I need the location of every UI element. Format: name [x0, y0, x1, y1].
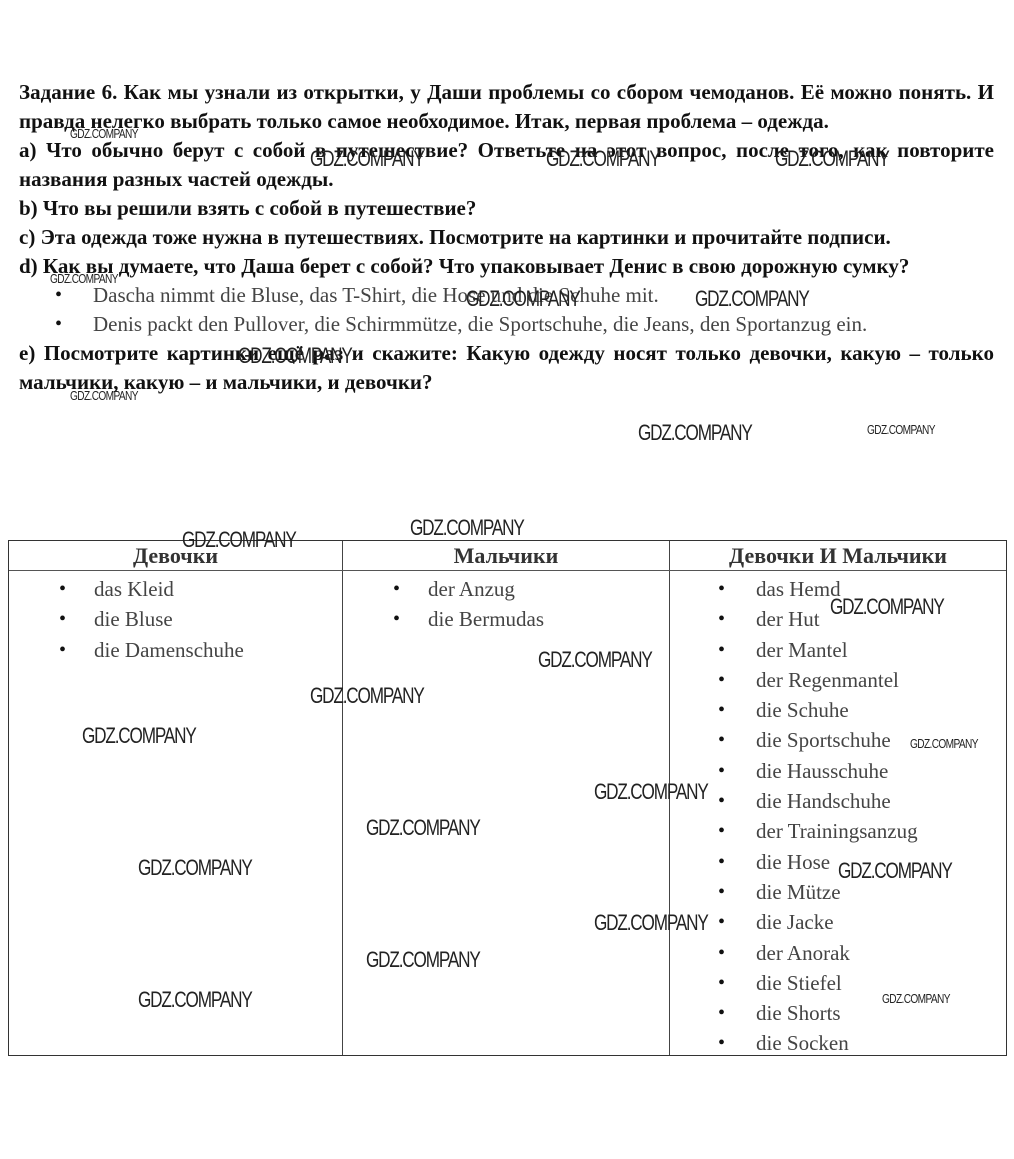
watermark-text: GDZ.COMPANY — [910, 736, 978, 751]
column-both: das Hemdder Hutder Mantelder Regenmantel… — [670, 571, 1006, 1055]
watermark-text: GDZ.COMPANY — [366, 815, 480, 841]
watermark-text: GDZ.COMPANY — [830, 594, 944, 620]
watermark-text: GDZ.COMPANY — [546, 146, 660, 172]
watermark-text: GDZ.COMPANY — [182, 527, 296, 553]
question-e: e) Посмотрите картинки ещё раз и скажите… — [19, 339, 994, 397]
table-cell-item: das Kleid — [9, 574, 342, 604]
watermark-text: GDZ.COMPANY — [310, 683, 424, 709]
task-text: Задание 6. Как мы узнали из открытки, у … — [19, 78, 994, 397]
watermark-text: GDZ.COMPANY — [594, 910, 708, 936]
watermark-text: GDZ.COMPANY — [366, 947, 480, 973]
header-both: Девочки И Мальчики — [670, 541, 1006, 570]
table-cell-item: die Bermudas — [343, 604, 669, 634]
table-cell-item: die Socken — [670, 1028, 1006, 1058]
table-cell-item: der Mantel — [670, 635, 1006, 665]
column-girls: das Kleiddie Blusedie Damenschuhe — [9, 571, 343, 1055]
table-cell-item: der Regenmantel — [670, 665, 1006, 695]
table-header: Девочки Мальчики Девочки И Мальчики — [9, 541, 1006, 571]
watermark-text: GDZ.COMPANY — [70, 388, 138, 403]
watermark-text: GDZ.COMPANY — [310, 146, 424, 172]
header-boys: Мальчики — [343, 541, 670, 570]
watermark-text: GDZ.COMPANY — [775, 146, 889, 172]
table-cell-item: die Jacke — [670, 907, 1006, 937]
watermark-text: GDZ.COMPANY — [466, 286, 580, 312]
watermark-text: GDZ.COMPANY — [867, 422, 935, 437]
list-item: Denis packt den Pullover, die Schirmmütz… — [19, 310, 994, 339]
table-cell-item: die Schuhe — [670, 695, 1006, 725]
table-cell-item: der Anzug — [343, 574, 669, 604]
table-body: das Kleiddie Blusedie Damenschuhe der An… — [9, 571, 1006, 1055]
watermark-text: GDZ.COMPANY — [70, 126, 138, 141]
table-cell-item: die Damenschuhe — [9, 635, 342, 665]
question-b: b) Что вы решили взять с собой в путешес… — [19, 194, 994, 223]
watermark-text: GDZ.COMPANY — [50, 271, 118, 286]
question-c: c) Эта одежда тоже нужна в путешествиях.… — [19, 223, 994, 252]
watermark-text: GDZ.COMPANY — [695, 286, 809, 312]
question-d: d) Как вы думаете, что Даша берет с собо… — [19, 252, 994, 281]
table-cell-item: die Bluse — [9, 604, 342, 634]
table-cell-item: die Handschuhe — [670, 786, 1006, 816]
table-cell-item: die Hausschuhe — [670, 756, 1006, 786]
column-boys: der Anzugdie Bermudas — [343, 571, 670, 1055]
watermark-text: GDZ.COMPANY — [538, 647, 652, 673]
watermark-text: GDZ.COMPANY — [138, 987, 252, 1013]
watermark-text: GDZ.COMPANY — [594, 779, 708, 805]
table-cell-item: die Stiefel — [670, 968, 1006, 998]
watermark-text: GDZ.COMPANY — [82, 723, 196, 749]
watermark-text: GDZ.COMPANY — [838, 858, 952, 884]
watermark-text: GDZ.COMPANY — [638, 420, 752, 446]
table-cell-item: die Shorts — [670, 998, 1006, 1028]
table-cell-item: der Anorak — [670, 938, 1006, 968]
table-cell-item: der Trainingsanzug — [670, 816, 1006, 846]
task-intro: Задание 6. Как мы узнали из открытки, у … — [19, 78, 994, 136]
watermark-text: GDZ.COMPANY — [238, 343, 352, 369]
watermark-text: GDZ.COMPANY — [882, 991, 950, 1006]
watermark-text: GDZ.COMPANY — [410, 515, 524, 541]
watermark-text: GDZ.COMPANY — [138, 855, 252, 881]
